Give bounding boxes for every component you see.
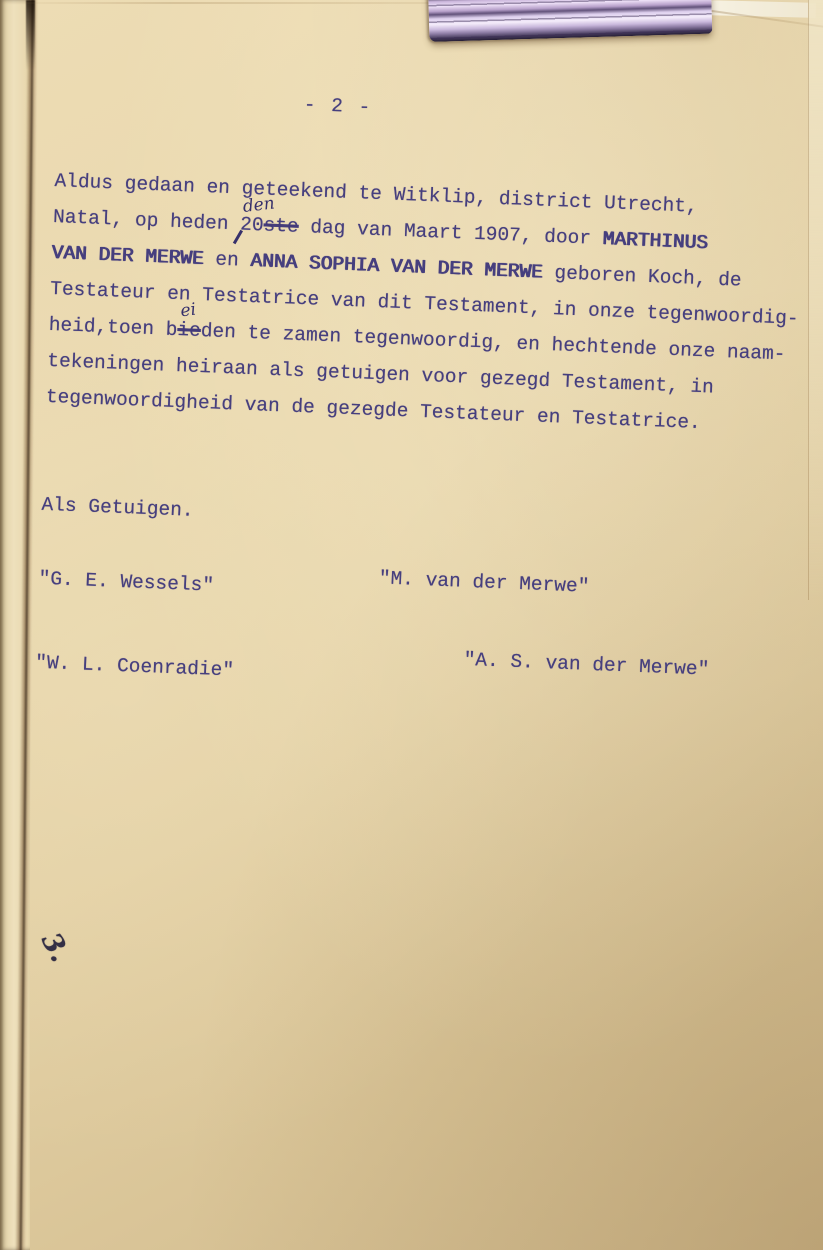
signature-witness-1: "G. E. Wessels" [38,568,214,597]
body-text: dag van Maart 1907, door [298,216,603,250]
struck-text-ste: ste [263,214,299,237]
paper-sliver [700,0,816,18]
signature-witness-2: "W. L. Coenradie" [35,652,235,682]
correction-beiden: eiie [177,319,201,342]
handwritten-insertion-den: den [242,193,276,217]
body-text: geboren Koch, de [542,262,742,292]
correction-date: den20ste [240,213,299,237]
name-anna-sophia: ANNA SOPHIA VAN DER MERWE [250,250,543,284]
struck-text-ie: ie [177,319,201,342]
name-marthinus: MARTHINUS [602,228,708,254]
witnesses-heading: Als Getuigen. [41,494,194,522]
page-top-edge [0,2,432,4]
gutter-crease-shadow [26,0,35,70]
body-text: heid,toen b [48,314,178,341]
page-number: - 2 - [303,94,372,119]
body-text: en [203,248,251,272]
signature-testator: "M. van der Merwe" [378,567,589,597]
body-text: Natal, op heden [53,206,241,235]
typed-text-layer: - 2 - Aldus gedaan en geteekend te Witkl… [23,170,823,1001]
signature-testatrix: "A. S. van der Merwe" [463,649,709,681]
handwritten-insertion-ei: ei [179,300,197,322]
name-van-der-merwe: VAN DER MERWE [51,242,204,270]
document-photo: - 2 - Aldus gedaan en geteekend te Witkl… [0,0,823,1250]
